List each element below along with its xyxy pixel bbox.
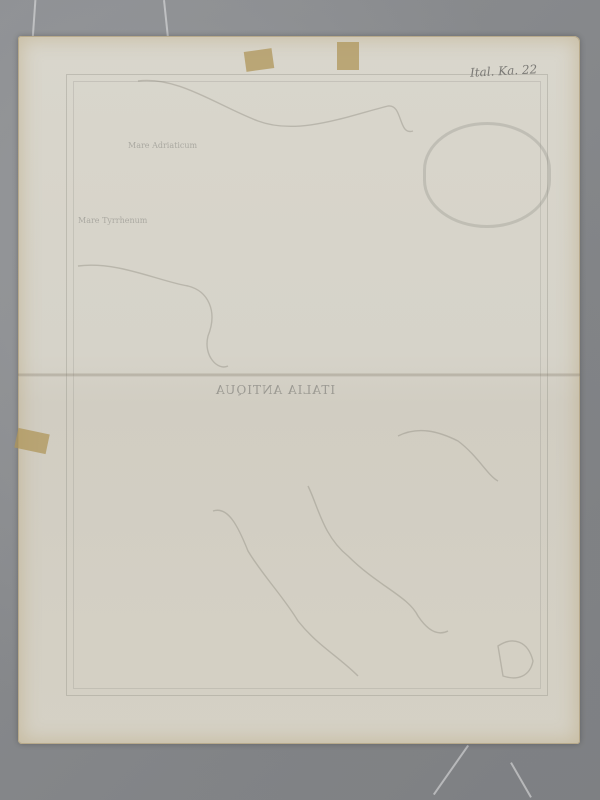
- map-sheet: Mare Adriaticum Mare Tyrrhenum ITALIA AN…: [18, 36, 580, 744]
- map-title-mirrored: ITALIA ANTIQUA: [215, 383, 335, 397]
- tape-piece-top-right: [337, 42, 359, 70]
- map-label: Mare Tyrrhenum: [78, 216, 147, 225]
- tape-piece-top-left: [244, 48, 275, 72]
- map-label: Mare Adriaticum: [128, 141, 197, 150]
